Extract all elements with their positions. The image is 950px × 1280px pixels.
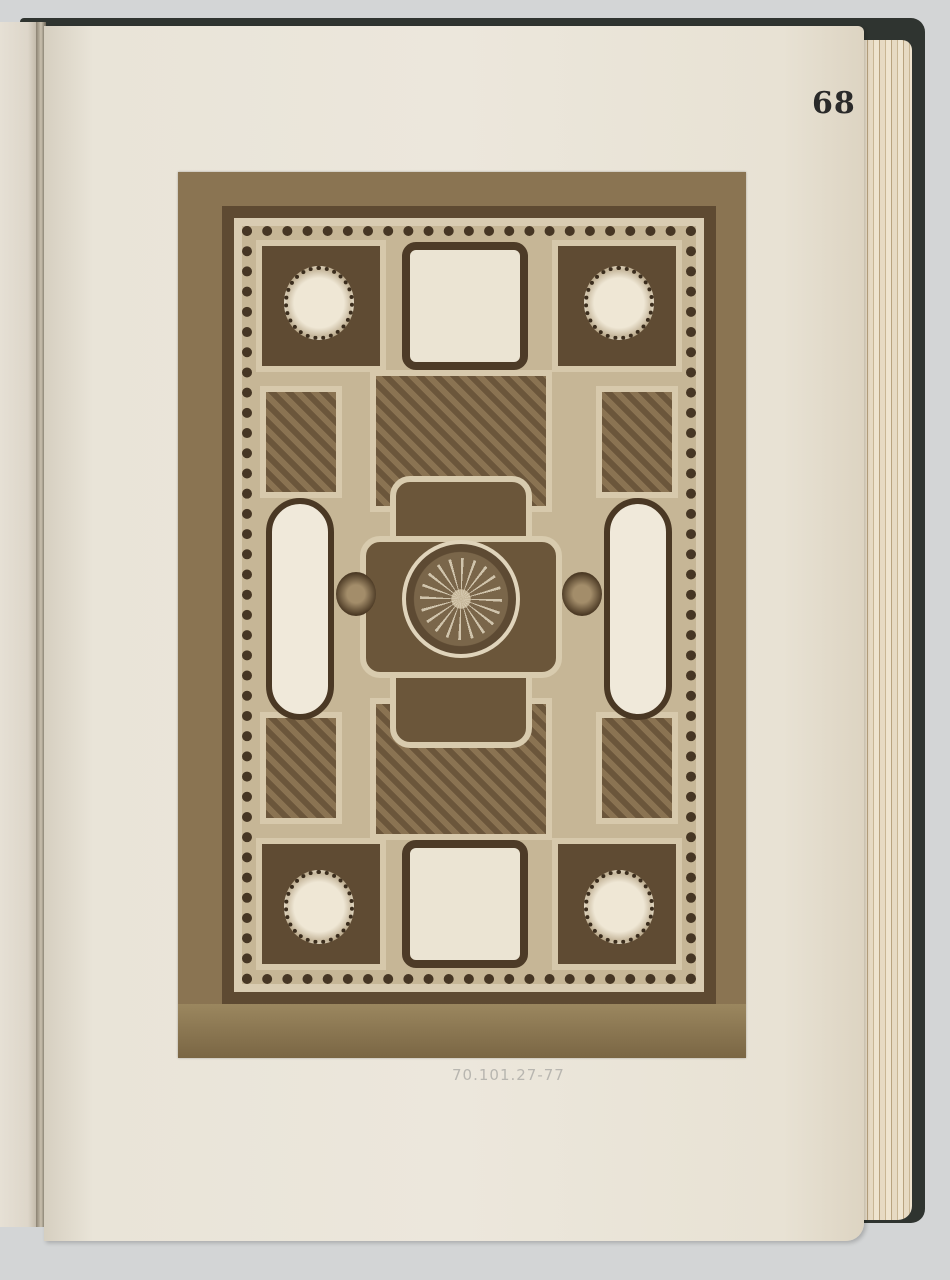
- boss-right: [562, 572, 602, 616]
- relief-panel-right-upper: [596, 386, 678, 498]
- starburst-ornament: [420, 558, 502, 640]
- photo-bottom-edge: [178, 1004, 746, 1058]
- medallion-bottom-left: [284, 870, 354, 944]
- scene: 68: [0, 0, 950, 1280]
- central-roundel: [402, 540, 520, 658]
- left-page: [0, 22, 40, 1227]
- medallion-top-left: [284, 266, 354, 340]
- oval-cartouche-right: [604, 498, 672, 720]
- top-figure-panel: [402, 242, 528, 370]
- medallion-bottom-right: [584, 870, 654, 944]
- relief-panel-right-lower: [596, 712, 678, 824]
- oval-cartouche-left: [266, 498, 334, 720]
- relief-panel-left-upper: [260, 386, 342, 498]
- relief-panel-left-lower: [260, 712, 342, 824]
- mounted-photograph: [178, 172, 746, 1058]
- boss-left: [336, 572, 376, 616]
- rope-molding: [242, 226, 696, 984]
- photo-frame: [222, 206, 716, 1004]
- bottom-figure-panel: [402, 840, 528, 968]
- page-number: 68: [812, 86, 856, 121]
- catalog-number: 70.101.27-77: [452, 1066, 565, 1084]
- medallion-top-right: [584, 266, 654, 340]
